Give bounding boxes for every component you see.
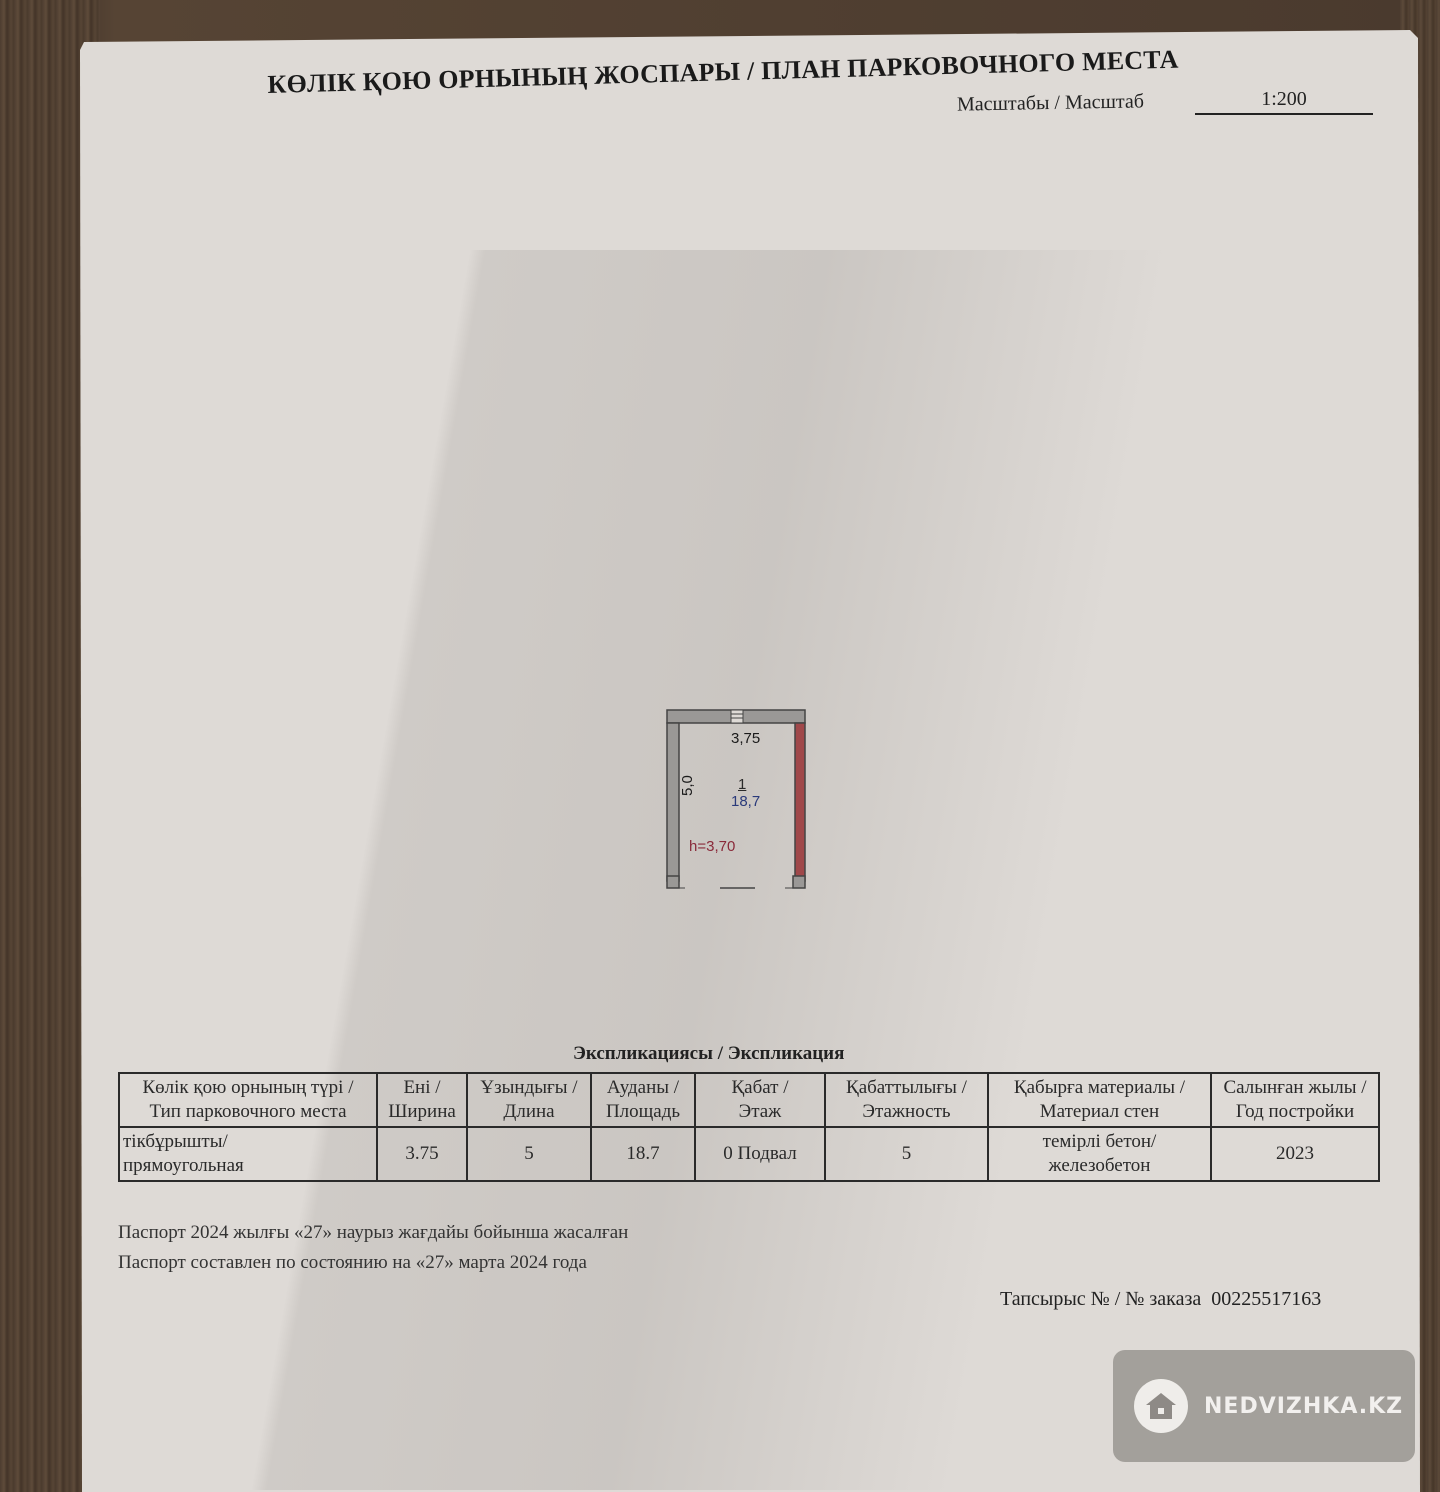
- cell-length: 5: [467, 1127, 591, 1181]
- plan-area-label: 18,7: [731, 793, 760, 810]
- explication-table: Көлік қою орнының түрі /Тип парковочного…: [118, 1072, 1380, 1182]
- header-width: Ені /Ширина: [377, 1073, 467, 1127]
- order-label: Тапсырыс № / № заказа: [1000, 1288, 1201, 1310]
- house-icon: [1134, 1379, 1188, 1433]
- plan-length-label: 5,0: [679, 775, 696, 796]
- header-wall-material: Қабырға материалы /Материал стен: [988, 1073, 1211, 1127]
- cell-type: тікбұрышты/прямоугольная: [119, 1127, 377, 1181]
- document-sheet: КӨЛІК ҚОЮ ОРНЫНЫҢ ЖОСПАРЫ / ПЛАН ПАРКОВО…: [80, 30, 1420, 1492]
- passport-date-kz: Паспорт 2024 жылғы «27» наурыз жағдайы б…: [118, 1222, 628, 1244]
- header-year-built: Салынған жылы /Год постройки: [1211, 1073, 1379, 1127]
- cell-wall-material: темірлі бетон/железобетон: [988, 1127, 1211, 1181]
- cell-width: 3.75: [377, 1127, 467, 1181]
- plan-height-label: h=3,70: [689, 838, 735, 855]
- passport-date-ru: Паспорт составлен по состоянию на «27» м…: [118, 1252, 587, 1274]
- header-floor: Қабат /Этаж: [695, 1073, 825, 1127]
- explication-title: Экспликациясы / Экспликация: [573, 1043, 844, 1065]
- cell-floors-total: 5: [825, 1127, 988, 1181]
- order-value: 00225517163: [1211, 1288, 1321, 1310]
- cell-floor: 0 Подвал: [695, 1127, 825, 1181]
- table-header-row: Көлік қою орнының түрі /Тип парковочного…: [119, 1073, 1379, 1127]
- cell-year-built: 2023: [1211, 1127, 1379, 1181]
- header-area: Ауданы /Площадь: [591, 1073, 695, 1127]
- parking-plan-drawing: 3,75 5,0 1 18,7 h=3,70: [665, 708, 807, 890]
- cell-area: 18.7: [591, 1127, 695, 1181]
- watermark-text: NEDVIZHKA.KZ: [1204, 1394, 1403, 1419]
- order-number: Тапсырыс № / № заказа 00225517163: [1000, 1288, 1321, 1311]
- header-type: Көлік қою орнының түрі /Тип парковочного…: [119, 1073, 377, 1127]
- plan-width-label: 3,75: [731, 730, 760, 747]
- table-row: тікбұрышты/прямоугольная 3.75 5 18.7 0 П…: [119, 1127, 1379, 1181]
- scale-label: Масштабы / Масштаб: [957, 90, 1144, 116]
- header-length: Ұзындығы /Длина: [467, 1073, 591, 1127]
- plan-room-number: 1: [738, 776, 746, 793]
- watermark-badge: NEDVIZHKA.KZ: [1113, 1350, 1415, 1462]
- header-floors-total: Қабаттылығы /Этажность: [825, 1073, 988, 1127]
- scale-value: 1:200: [1195, 88, 1373, 115]
